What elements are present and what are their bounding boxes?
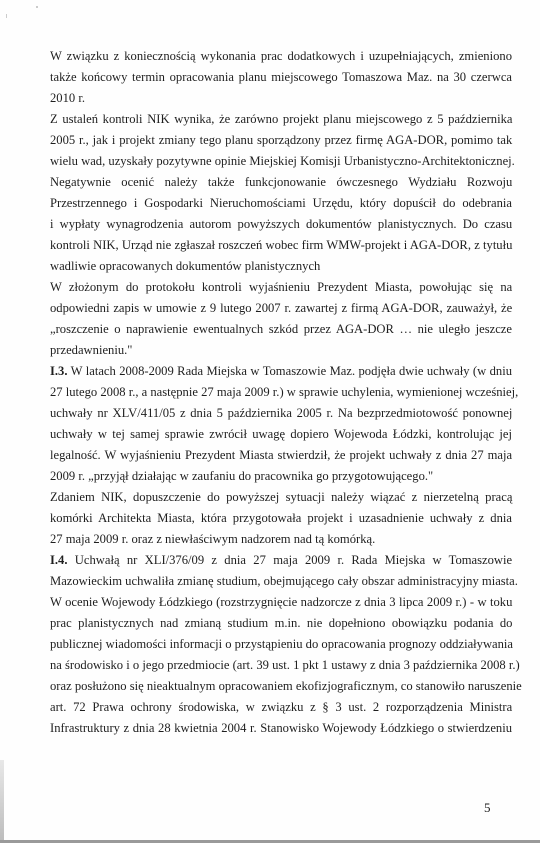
text-line: 2005 r., jak i projekt zmiany tego planu… [50, 130, 512, 151]
text-line: „roszczenie o naprawienie ewentualnych s… [50, 319, 512, 340]
section-number: I.4. [50, 553, 68, 567]
text-content: uchwały w tej samej sprawie zwrócił uwag… [50, 427, 512, 441]
text-line: 27 lutego 2008 r., a następnie 27 maja 2… [50, 382, 512, 403]
text-content: odpowiedni zapis w umowie z 9 lutego 200… [50, 301, 512, 315]
text-content: komórki Architekta Miasta, która przygot… [50, 511, 512, 525]
text-line: W związku z koniecznością wykonania prac… [50, 46, 512, 67]
text-line: W ocenie Wojewody Łódzkiego (rozstrzygni… [50, 592, 512, 613]
text-line: uchwały nr XLV/411/05 z dnia 5 październ… [50, 403, 512, 424]
text-line: Negatywnie ocenić należy także funkcjono… [50, 172, 512, 193]
text-content: wielu wad, uzyskały pozytywne opinie Mie… [50, 154, 515, 168]
text-line: także końcowy termin opracowania planu m… [50, 67, 512, 88]
text-content: Infrastruktury z dnia 28 kwietnia 2004 r… [50, 721, 512, 735]
text-line: odpowiedni zapis w umowie z 9 lutego 200… [50, 298, 512, 319]
text-line: legalność. W wyjaśnieniu Prezydent Miast… [50, 445, 512, 466]
text-content: Przestrzennego i Gospodarki Nieruchomośc… [50, 196, 512, 210]
text-line: wadliwie opracowanych dokumentów planist… [50, 256, 512, 277]
text-content: wadliwie opracowanych dokumentów planist… [50, 259, 320, 273]
text-content: W związku z koniecznością wykonania prac… [50, 49, 512, 63]
text-content: prac planistycznych nad zmianą studium m… [50, 616, 512, 630]
scan-speck [36, 6, 38, 8]
text-line: komórki Architekta Miasta, która przygot… [50, 508, 512, 529]
text-line: wielu wad, uzyskały pozytywne opinie Mie… [50, 151, 512, 172]
text-line: prac planistycznych nad zmianą studium m… [50, 613, 512, 634]
scan-edge-shadow [0, 760, 4, 840]
text-content: „roszczenie o naprawienie ewentualnych s… [50, 322, 512, 336]
text-content: Uchwałą nr XLI/376/09 z dnia 27 maja 200… [68, 553, 513, 567]
text-content: i wypłaty wynagrodzenia autorom powyższy… [50, 217, 512, 231]
text-content: przedawnieniu." [50, 343, 132, 357]
text-content: Z ustaleń kontroli NIK wynika, że zarówn… [50, 112, 512, 126]
text-line: oraz posłużono się nieaktualnym opracowa… [50, 676, 512, 697]
text-content: na środowisko i o jego przedmiocie (art.… [50, 658, 520, 672]
text-line: uchwały w tej samej sprawie zwrócił uwag… [50, 424, 512, 445]
text-line: I.3. W latach 2008-2009 Rada Miejska w T… [50, 361, 512, 382]
text-content: publicznej wiadomości informacji o przys… [50, 637, 513, 651]
text-content: Negatywnie ocenić należy także funkcjono… [50, 175, 512, 189]
text-line: Infrastruktury z dnia 28 kwietnia 2004 r… [50, 718, 512, 739]
text-content: W latach 2008-2009 Rada Miejska w Tomasz… [68, 364, 513, 378]
text-content: 2005 r., jak i projekt zmiany tego planu… [50, 133, 512, 147]
text-line: 27 maja 2009 r. oraz z niewłaściwym nadz… [50, 529, 512, 550]
text-content: 27 maja 2009 r. oraz z niewłaściwym nadz… [50, 532, 375, 546]
text-line: Mazowieckim uchwaliła zmianę studium, ob… [50, 571, 512, 592]
text-content: oraz posłużono się nieaktualnym opracowa… [50, 679, 522, 693]
text-content: art. 72 Prawa ochrony środowiska, w zwią… [50, 700, 512, 714]
text-content: 2009 r. „przyjął działając w zaufaniu do… [50, 469, 433, 483]
text-content: W ocenie Wojewody Łódzkiego (rozstrzygni… [50, 595, 512, 609]
text-line: I.4. Uchwałą nr XLI/376/09 z dnia 27 maj… [50, 550, 512, 571]
text-line: kontroli NIK, Urząd nie zgłaszał roszcze… [50, 235, 512, 256]
text-line: 2009 r. „przyjął działając w zaufaniu do… [50, 466, 512, 487]
document-page: W związku z koniecznością wykonania prac… [0, 0, 540, 843]
section-number: I.3. [50, 364, 68, 378]
text-line: Z ustaleń kontroli NIK wynika, że zarówn… [50, 109, 512, 130]
text-content: 2010 r. [50, 91, 85, 105]
text-line: na środowisko i o jego przedmiocie (art.… [50, 655, 512, 676]
text-content: kontroli NIK, Urząd nie zgłaszał roszcze… [50, 238, 512, 252]
text-line: W złożonym do protokołu kontroli wyjaśni… [50, 277, 512, 298]
text-content: 27 lutego 2008 r., a następnie 27 maja 2… [50, 385, 518, 399]
document-body: W związku z koniecznością wykonania prac… [50, 46, 512, 739]
text-content: legalność. W wyjaśnieniu Prezydent Miast… [50, 448, 512, 462]
text-line: art. 72 Prawa ochrony środowiska, w zwią… [50, 697, 512, 718]
text-line: Przestrzennego i Gospodarki Nieruchomośc… [50, 193, 512, 214]
text-line: 2010 r. [50, 88, 512, 109]
text-line: publicznej wiadomości informacji o przys… [50, 634, 512, 655]
text-line: Zdaniem NIK, dopuszczenie do powyższej s… [50, 487, 512, 508]
text-content: Zdaniem NIK, dopuszczenie do powyższej s… [50, 490, 512, 504]
text-content: także końcowy termin opracowania planu m… [50, 70, 512, 84]
text-line: przedawnieniu." [50, 340, 512, 361]
text-content: uchwały nr XLV/411/05 z dnia 5 październ… [50, 406, 512, 420]
page-number: 5 [484, 800, 491, 816]
text-content: W złożonym do protokołu kontroli wyjaśni… [50, 280, 512, 294]
scan-speck [6, 14, 7, 18]
text-content: Mazowieckim uchwaliła zmianę studium, ob… [50, 574, 518, 588]
text-line: i wypłaty wynagrodzenia autorom powyższy… [50, 214, 512, 235]
